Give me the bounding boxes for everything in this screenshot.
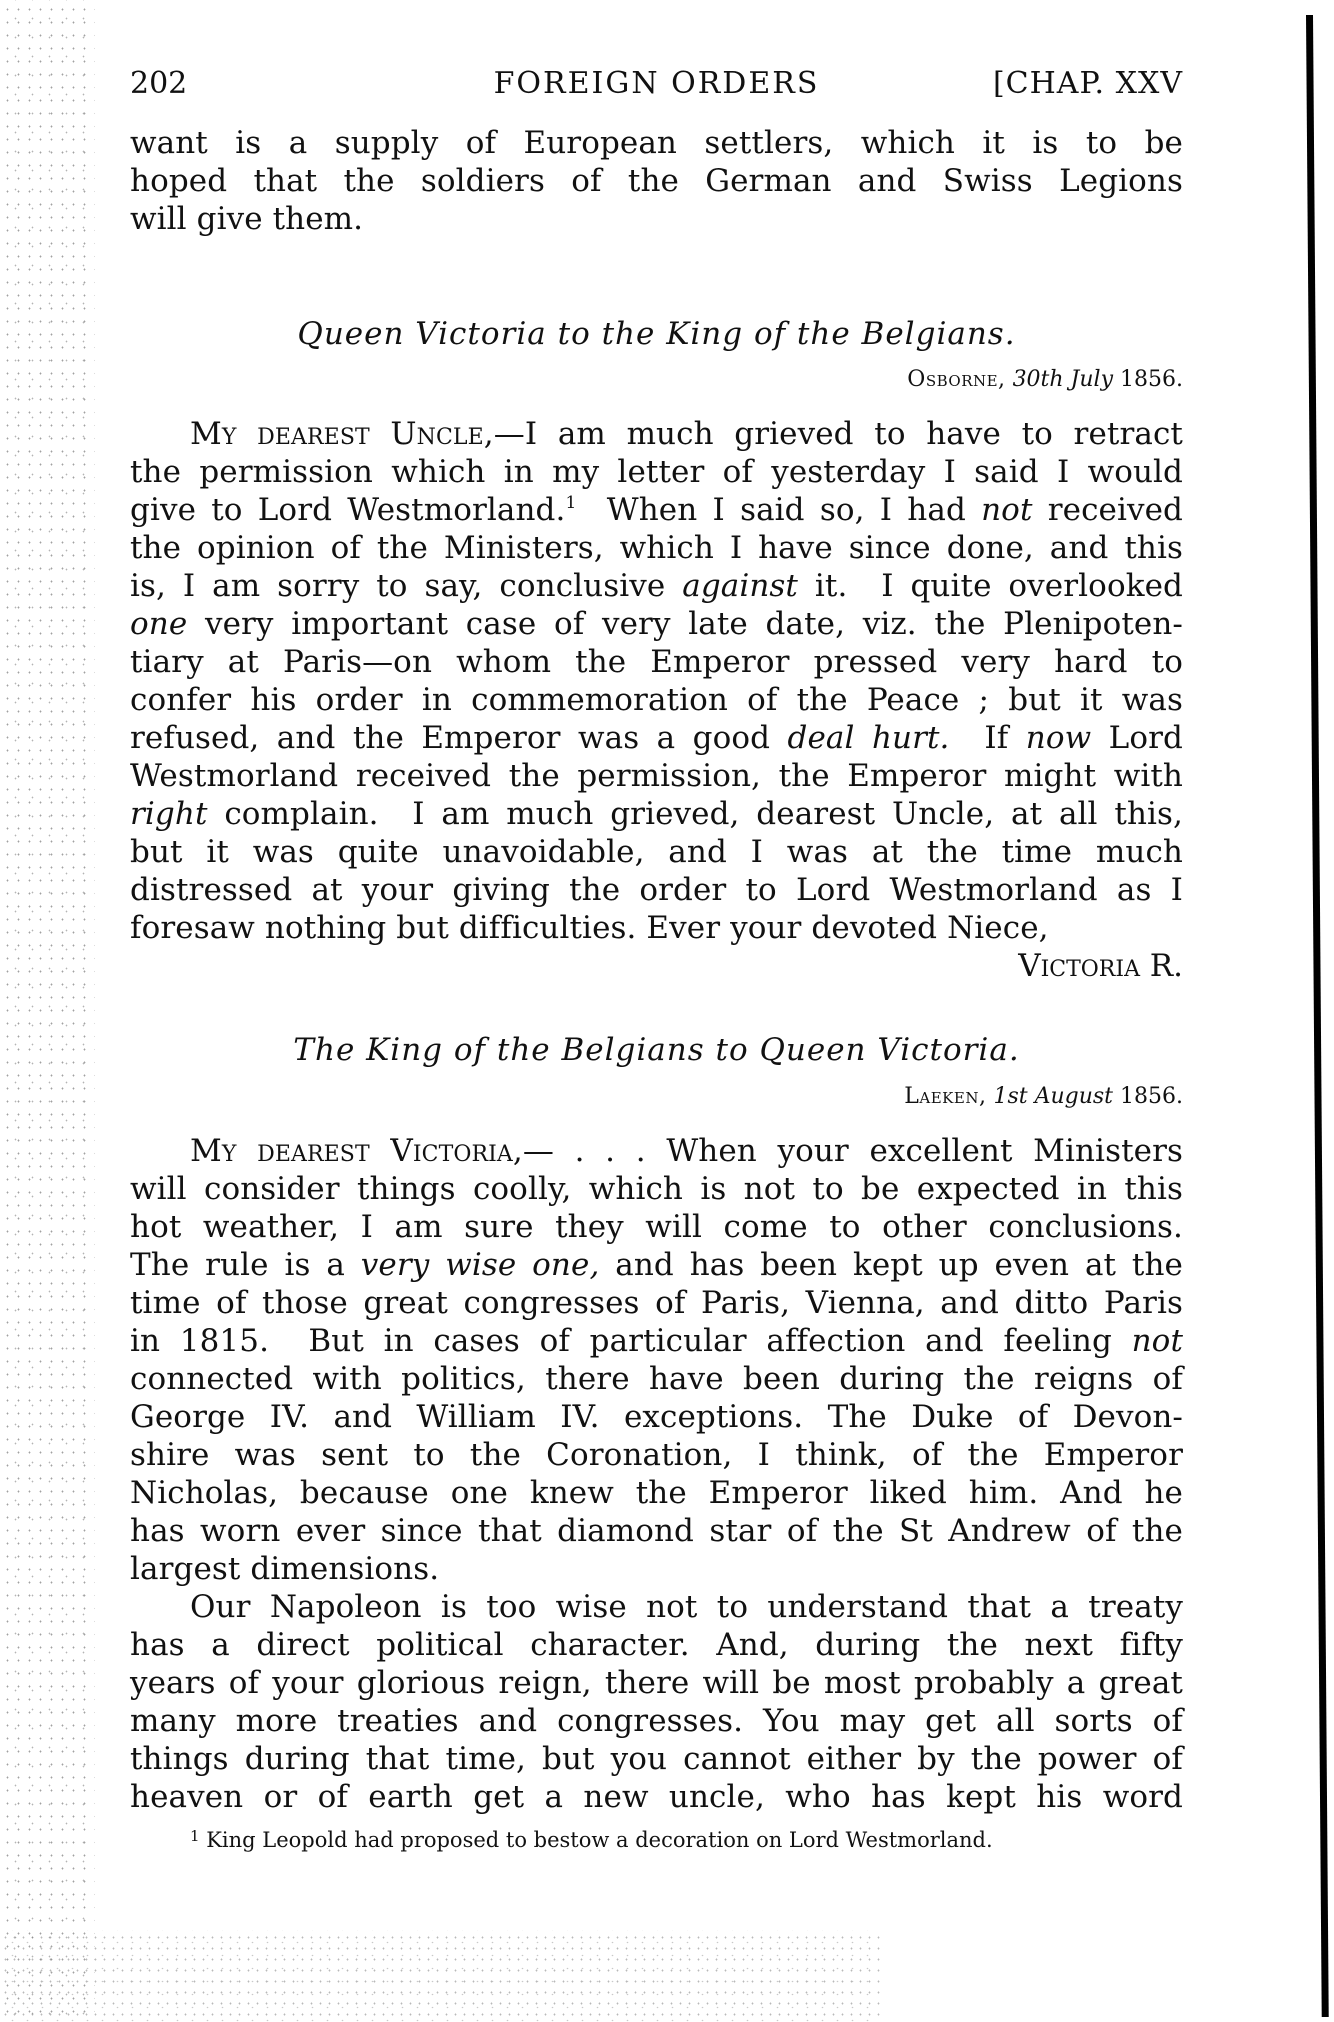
- letter-heading: Queen Victoria to the King of the Belgia…: [130, 314, 1183, 354]
- body-line: things during that time, but you cannot …: [130, 1740, 1183, 1778]
- body-line: has a direct political character. And, d…: [130, 1626, 1183, 1664]
- salutation: My dearest Uncle,: [190, 416, 494, 452]
- body-line: foresaw nothing but difficulties. Ever y…: [130, 909, 1183, 947]
- body-line: will give them.: [130, 200, 1183, 238]
- body-line: the permission which in my letter of yes…: [130, 453, 1183, 491]
- body-line: hoped that the soldiers of the German an…: [130, 162, 1183, 200]
- letter-dateline: Osborne, 30th July 1856.: [907, 365, 1183, 395]
- scan-noise-left-margin: [0, 0, 95, 2022]
- body-line: Our Napoleon is too wise not to understa…: [130, 1588, 1183, 1626]
- dateline-date: 1st August: [993, 1084, 1113, 1109]
- body-line: connected with politics, there have been…: [130, 1360, 1183, 1398]
- dateline-date: 30th July: [1013, 367, 1113, 392]
- footnote-ref[interactable]: 1: [565, 493, 576, 513]
- letter-heading: The King of the Belgians to Queen Victor…: [130, 1030, 1183, 1070]
- body-line: is, I am sorry to say, conclusive agains…: [130, 567, 1183, 605]
- footnote-marker: 1: [190, 1827, 200, 1845]
- body-line: time of those great congresses of Paris,…: [130, 1284, 1183, 1322]
- body-line: Nicholas, because one knew the Emperor l…: [130, 1474, 1183, 1512]
- body-line: give to Lord Westmorland.1 When I said s…: [130, 491, 1183, 529]
- body-line: Westmorland received the permission, the…: [130, 757, 1183, 795]
- body-line: one very important case of very late dat…: [130, 605, 1183, 643]
- body-line: shire was sent to the Coronation, I thin…: [130, 1436, 1183, 1474]
- body-line: heaven or of earth get a new uncle, who …: [130, 1778, 1183, 1816]
- body-line: distressed at your giving the order to L…: [130, 871, 1183, 909]
- body-line: tiary at Paris—on whom the Emperor press…: [130, 643, 1183, 681]
- body-line: hot weather, I am sure they will come to…: [130, 1208, 1183, 1246]
- chapter-label: [CHAP. XXV: [993, 64, 1183, 104]
- body-line: has worn ever since that diamond star of…: [130, 1512, 1183, 1550]
- body-line: years of your glorious reign, there will…: [130, 1664, 1183, 1702]
- letter-signature: Victoria R.: [1018, 947, 1183, 985]
- salutation: My dearest Victoria,: [190, 1133, 523, 1169]
- body-line: the opinion of the Ministers, which I ha…: [130, 529, 1183, 567]
- body-line: but it was quite unavoidable, and I was …: [130, 833, 1183, 871]
- dateline-year: 1856.: [1120, 1084, 1183, 1109]
- footnote: 1 King Leopold had proposed to bestow a …: [190, 1822, 993, 1854]
- letter-dateline: Laeken, 1st August 1856.: [904, 1082, 1183, 1112]
- body-line: confer his order in commemoration of the…: [130, 681, 1183, 719]
- scanned-book-page: 202 FOREIGN ORDERS [CHAP. XXV want is a …: [0, 0, 1334, 2022]
- page-edge-line: [1306, 15, 1329, 2017]
- body-line: The rule is a very wise one, and has bee…: [130, 1246, 1183, 1284]
- scan-noise-bottom: [0, 1930, 880, 2022]
- body-line: largest dimensions.: [130, 1550, 1183, 1588]
- body-line: want is a supply of European settlers, w…: [130, 124, 1183, 162]
- dateline-year: 1856.: [1120, 367, 1183, 392]
- dateline-place: Osborne,: [907, 367, 1005, 392]
- body-line: will consider things coolly, which is no…: [130, 1170, 1183, 1208]
- body-line: many more treaties and congresses. You m…: [130, 1702, 1183, 1740]
- body-line: in 1815. But in cases of particular affe…: [130, 1322, 1183, 1360]
- body-line: refused, and the Emperor was a good deal…: [130, 719, 1183, 757]
- running-head: 202 FOREIGN ORDERS [CHAP. XXV: [130, 64, 1183, 104]
- footnote-text: King Leopold had proposed to bestow a de…: [200, 1828, 993, 1852]
- body-line: right complain. I am much grieved, deare…: [130, 795, 1183, 833]
- body-line: My dearest Victoria,— . . . When your ex…: [130, 1132, 1183, 1170]
- body-line: My dearest Uncle,—I am much grieved to h…: [130, 415, 1183, 453]
- dateline-place: Laeken,: [904, 1084, 986, 1109]
- body-line: George IV. and William IV. exceptions. T…: [130, 1398, 1183, 1436]
